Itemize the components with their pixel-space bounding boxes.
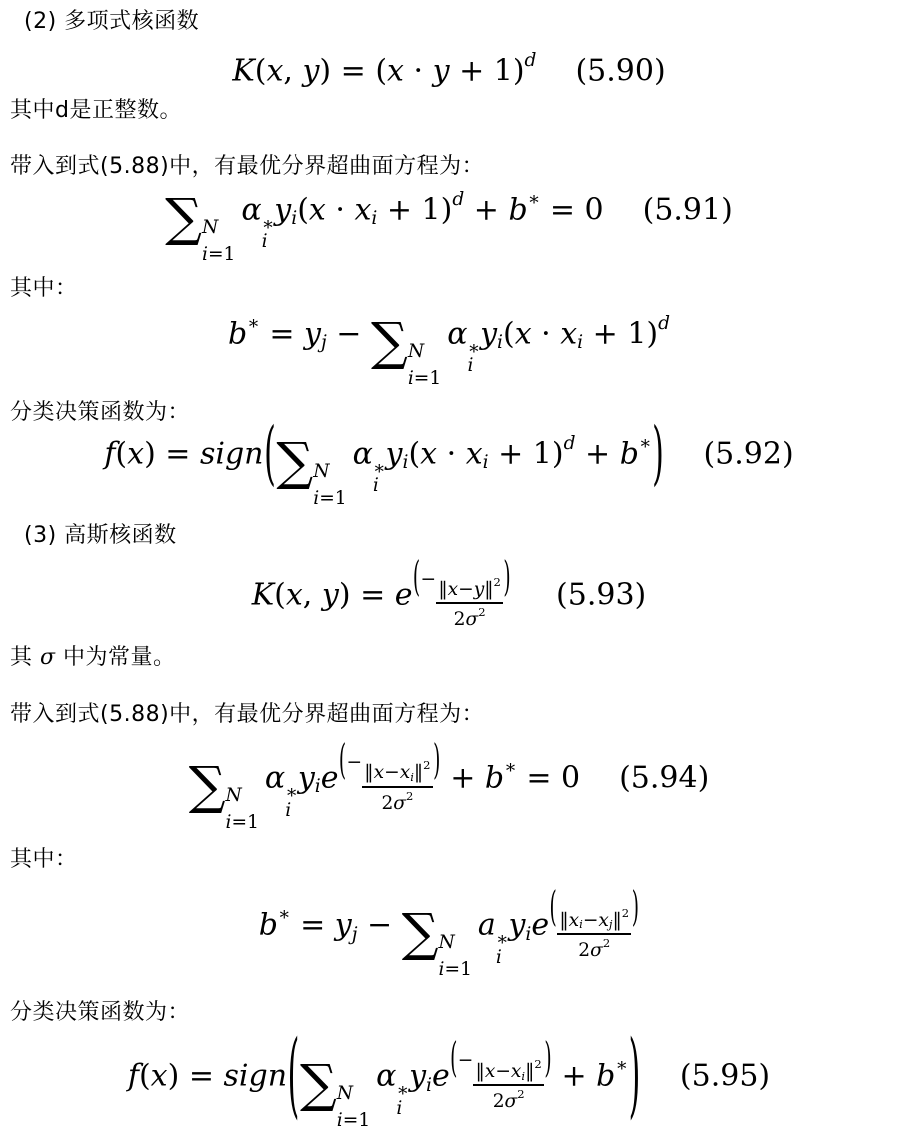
text-substitute-588-gauss: 带入到式(5.88)中，有最优分界超曲面方程为： (10, 701, 898, 730)
math-run: ‖ (484, 579, 493, 600)
math-supsub-stack: ∗i (373, 460, 386, 495)
math-run: + 1) (583, 316, 658, 351)
math-run: i (262, 231, 268, 252)
equation-5-94: ∑Ni=1α∗iyie(−‖x−xi‖22σ2) + b∗ = 0(5.94) (0, 753, 898, 832)
math-run: = 0 (540, 192, 603, 227)
math-run: ‖ (438, 579, 447, 600)
math-run: ‖ (525, 1061, 534, 1082)
math-superscript: d (525, 51, 537, 71)
math-run: y (433, 53, 450, 88)
math-run: 2 (494, 575, 501, 589)
math-exponent: (−‖x−xi‖22σ2) (339, 753, 441, 814)
math-superscript: 2 (534, 1058, 541, 1071)
math-run: y (322, 578, 339, 613)
math-supsub-stack: Ni=1 (408, 343, 441, 388)
math-run: ( (408, 437, 420, 472)
math-run: − (357, 908, 401, 943)
math-run: N (202, 217, 218, 238)
math-run: y (386, 437, 403, 472)
math-run: 2 (478, 605, 485, 619)
math-exponent: (‖xi−xj‖22σ2) (549, 900, 639, 961)
math-big-delimiter: ) (503, 560, 511, 601)
math-superscript: d (658, 314, 670, 334)
text-where-gauss: 其中： (10, 846, 898, 875)
math-superscript: 2 (494, 576, 501, 589)
math-run: y (274, 192, 291, 227)
math-fraction: ‖x−xi‖22σ2 (362, 759, 433, 813)
math-run: =1 (319, 488, 346, 509)
math-run: sign (200, 437, 264, 472)
math-run: ( (255, 53, 267, 88)
math-run: x (286, 578, 303, 613)
math-superscript: d (452, 190, 464, 210)
math-big-delimiter: ( (264, 421, 277, 490)
math-superscript: ∗ (504, 758, 517, 778)
math-run: d (452, 189, 464, 210)
math-big-delimiter: ( (549, 890, 557, 931)
math-run: − (384, 762, 400, 783)
math-run: (5.92) (703, 437, 793, 472)
summation-symbol: ∑ (276, 437, 313, 489)
math-run: =1 (445, 959, 472, 980)
math-run: α (353, 437, 373, 472)
math-run: σ (465, 609, 478, 630)
math-run: y (409, 1059, 426, 1094)
math-run: 2 (603, 936, 610, 950)
equation-5-93: K(x, y) = e(−‖x−y‖22σ2)(5.93) (0, 570, 898, 630)
math-run: x (466, 437, 483, 472)
math-run: N (226, 785, 242, 806)
math-run: y (508, 908, 525, 943)
math-run: − (458, 579, 474, 600)
math-superscript: 2 (622, 907, 629, 920)
math-big-delimiter: ) (433, 743, 441, 784)
math-run: y (335, 908, 352, 943)
math-run: x (266, 53, 283, 88)
math-run: x (420, 437, 437, 472)
math-run: (5.90) (575, 53, 665, 88)
equation-b-star-gaussian: b∗ = yj − ∑Ni=1a∗iyie(‖xi−xj‖22σ2) (0, 900, 898, 979)
math-run: , (303, 578, 322, 613)
math-supsub-stack: Ni=1 (439, 934, 472, 979)
math-superscript: 2 (478, 606, 485, 619)
math-run: x (511, 1061, 522, 1082)
math-run: ‖ (414, 762, 423, 783)
math-run: x (387, 53, 404, 88)
math-run: N (313, 461, 329, 482)
math-run: x (515, 316, 532, 351)
text-decision-function-gauss: 分类决策函数为： (10, 999, 898, 1028)
math-run: K (232, 53, 254, 88)
math-run: b (596, 1059, 615, 1094)
math-run: ( (503, 316, 515, 351)
math-run: , (283, 53, 302, 88)
math-superscript: ∗ (639, 434, 652, 454)
math-run: ( (297, 192, 309, 227)
summation-symbol: ∑ (402, 908, 439, 960)
math-run: + (575, 437, 619, 472)
math-run: x (354, 192, 371, 227)
math-run: 2 (493, 1091, 505, 1112)
math-run: ) = (168, 1059, 224, 1094)
math-run: y (304, 316, 321, 351)
math-run: α (447, 316, 467, 351)
math-run: x (560, 316, 577, 351)
math-run: i (396, 1098, 402, 1119)
math-run: b (508, 192, 527, 227)
math-fraction: ‖x−xi‖22σ2 (473, 1058, 544, 1112)
math-run: α (241, 192, 261, 227)
math-superscript: ∗ (247, 314, 260, 334)
math-run: d (658, 313, 670, 334)
math-run: σ (393, 793, 406, 814)
math-run: ∗ (639, 433, 652, 454)
math-run: x (151, 1059, 168, 1094)
math-run: N (439, 932, 455, 953)
math-supsub-stack: ∗i (262, 216, 275, 251)
math-run: · (326, 192, 355, 227)
math-run: α (265, 761, 285, 796)
math-run: d (564, 433, 576, 454)
math-run: + 1) (450, 53, 525, 88)
math-fraction: ‖x−y‖22σ2 (436, 576, 503, 630)
math-run: ‖ (559, 910, 568, 931)
math-run: i (496, 947, 502, 968)
math-big-delimiter: ) (652, 421, 665, 490)
math-run: + 1) (489, 437, 564, 472)
equation-5-91: ∑Ni=1α∗iyi(x · xi + 1)d + b∗ = 0(5.91) (0, 190, 898, 264)
math-run: + 1) (377, 192, 452, 227)
math-run: x (400, 762, 411, 783)
equation-5-92: f(x) = sign(∑Ni=1α∗iyi(x · xi + 1)d + b∗… (0, 434, 898, 508)
math-run: · (404, 53, 433, 88)
math-run: =1 (208, 244, 235, 265)
math-supsub-stack: Ni=1 (337, 1085, 370, 1130)
document-page: (2) 多项式核函数 K(x, y) = (x · y + 1)d(5.90) … (0, 0, 898, 1142)
text-d-positive-integer: 其中d是正整数。 (10, 97, 898, 126)
math-big-delimiter: ( (339, 743, 347, 784)
math-run: y (474, 579, 485, 600)
math-supsub-stack: Ni=1 (226, 787, 259, 832)
math-superscript: ∗ (615, 1056, 628, 1076)
math-supsub-stack: ∗i (467, 340, 480, 375)
section-heading-gaussian-kernel: (3) 高斯核函数 (24, 522, 898, 551)
math-run: ) = (339, 578, 395, 613)
text-where-poly: 其中： (10, 275, 898, 304)
math-run: N (337, 1083, 353, 1104)
math-run: ∗ (504, 757, 517, 778)
math-run: e (432, 1059, 450, 1094)
math-run: − (327, 316, 371, 351)
math-run: x (448, 579, 459, 600)
math-run: σ (505, 1091, 518, 1112)
math-big-delimiter: ) (544, 1041, 552, 1082)
equation-b-star-polynomial: b∗ = yj − ∑Ni=1α∗iyi(x · xi + 1)d (0, 314, 898, 388)
math-run: 2 (517, 1087, 524, 1101)
math-run: = (260, 316, 304, 351)
math-run: i (285, 800, 291, 821)
math-run: b (620, 437, 639, 472)
math-run: sign (224, 1059, 288, 1094)
math-run: d (525, 50, 537, 71)
math-run: 2 (406, 789, 413, 803)
math-run: + (552, 1059, 596, 1094)
math-big-delimiter: ( (450, 1041, 458, 1082)
math-run: a (478, 908, 496, 943)
math-exponent: (−‖x−y‖22σ2) (413, 570, 512, 630)
math-run: 2 (423, 758, 430, 772)
math-run: e (531, 908, 549, 943)
math-run: − (495, 1061, 511, 1082)
text-decision-function-poly: 分类决策函数为： (10, 399, 898, 428)
equation-5-95: f(x) = sign(∑Ni=1α∗iyie(−‖x−xi‖22σ2) + b… (0, 1051, 898, 1130)
math-supsub-stack: ∗i (496, 931, 509, 966)
math-superscript: 2 (406, 790, 413, 803)
math-supsub-stack: ∗i (285, 784, 298, 819)
math-run: x (569, 910, 580, 931)
summation-symbol: ∑ (300, 1059, 337, 1111)
section-heading-polynomial-kernel: (2) 多项式核函数 (24, 8, 898, 37)
math-run: (5.94) (619, 761, 709, 796)
math-run: =1 (414, 368, 441, 389)
math-run: ) = ( (319, 53, 387, 88)
math-run: · (532, 316, 561, 351)
equation-5-90: K(x, y) = (x · y + 1)d(5.90) (0, 51, 898, 87)
text-sigma-post: 中为常量。 (56, 645, 176, 670)
text-sigma-pre: 其 (10, 645, 40, 670)
math-run: − (421, 569, 437, 590)
math-big-delimiter: ) (628, 1031, 641, 1124)
math-run: x (598, 910, 609, 931)
math-run: ‖ (364, 762, 373, 783)
math-run: x (485, 1061, 496, 1082)
math-run: ∗ (247, 313, 260, 334)
math-run: σ (590, 940, 603, 961)
math-supsub-stack: Ni=1 (202, 219, 235, 264)
math-run: + (441, 761, 485, 796)
math-run: e (395, 578, 413, 613)
math-superscript: ∗ (528, 190, 541, 210)
math-superscript: 2 (517, 1088, 524, 1101)
math-run: ∗ (278, 904, 291, 925)
sigma-symbol: σ (40, 645, 56, 670)
math-run: ∗ (528, 189, 541, 210)
math-supsub-stack: ∗i (396, 1082, 409, 1117)
math-run: + (464, 192, 508, 227)
math-run: ) = (144, 437, 200, 472)
math-run: α (376, 1059, 396, 1094)
math-superscript: 2 (423, 759, 430, 772)
math-run: K (252, 578, 274, 613)
math-run: b (228, 316, 247, 351)
math-run: y (480, 316, 497, 351)
math-run: − (583, 910, 599, 931)
math-run: (5.95) (680, 1059, 770, 1094)
math-big-delimiter: ( (413, 560, 421, 601)
math-run: x (309, 192, 326, 227)
math-run: 2 (381, 793, 393, 814)
math-run: ( (139, 1059, 151, 1094)
math-run: b (259, 908, 278, 943)
math-run: N (408, 341, 424, 362)
math-superscript: d (564, 434, 576, 454)
math-run: y (302, 53, 319, 88)
math-superscript: ∗ (278, 905, 291, 925)
math-run: ‖ (612, 910, 621, 931)
math-run: i (373, 475, 379, 496)
text-substitute-588-poly: 带入到式(5.88)中，有最优分界超曲面方程为： (10, 153, 898, 182)
math-run: y (298, 761, 315, 796)
text-sigma-constant: 其 σ 中为常量。 (10, 644, 898, 673)
math-run: (5.91) (643, 192, 733, 227)
math-run: 2 (534, 1057, 541, 1071)
math-run: 2 (622, 906, 629, 920)
math-run: − (346, 752, 362, 773)
math-run: ( (115, 437, 127, 472)
math-fraction: ‖xi−xj‖22σ2 (557, 907, 631, 961)
math-run: f (128, 1059, 139, 1094)
math-run: =1 (232, 812, 259, 833)
math-run: x (127, 437, 144, 472)
math-run: (5.93) (556, 578, 646, 613)
math-big-delimiter: ) (631, 890, 639, 931)
math-big-delimiter: ( (287, 1031, 300, 1124)
math-run: =1 (343, 1110, 370, 1131)
math-run: e (321, 761, 339, 796)
math-run: ∗ (615, 1055, 628, 1076)
math-run: ( (274, 578, 286, 613)
math-supsub-stack: Ni=1 (313, 463, 346, 508)
math-run: x (374, 762, 385, 783)
math-run: i (467, 355, 473, 376)
math-run: = 0 (517, 761, 580, 796)
math-run: ‖ (476, 1061, 485, 1082)
math-run: = (291, 908, 335, 943)
math-run: b (485, 761, 504, 796)
summation-symbol: ∑ (165, 193, 202, 245)
math-run: − (458, 1050, 474, 1071)
math-superscript: 2 (603, 937, 610, 950)
summation-symbol: ∑ (189, 761, 226, 813)
math-run: f (104, 437, 115, 472)
math-run: · (437, 437, 466, 472)
math-run: 2 (454, 609, 466, 630)
summation-symbol: ∑ (371, 317, 408, 369)
math-exponent: (−‖x−xi‖22σ2) (450, 1051, 552, 1112)
math-run: 2 (578, 940, 590, 961)
